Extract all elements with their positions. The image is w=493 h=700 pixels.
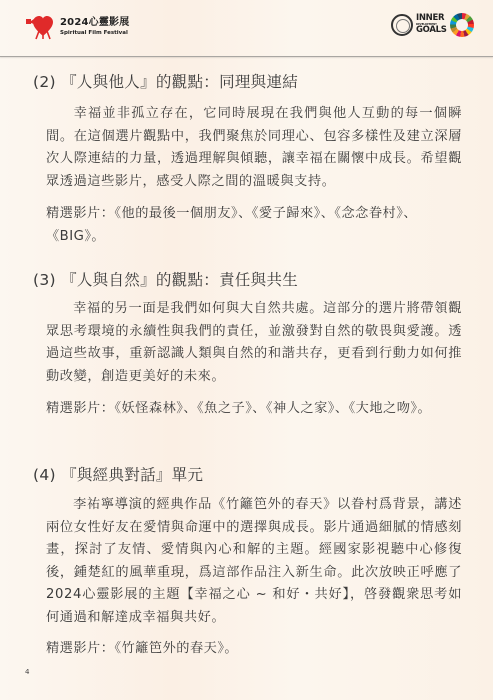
picks-label: 精選影片： xyxy=(46,641,114,656)
heart-camera-logo-icon xyxy=(26,14,56,40)
section-body-text: 幸福的另一面是我們如何與大自然共處。這部分的選片將帶領觀眾思考環境的永續性與我們… xyxy=(46,301,462,384)
section-heading-nature: (3) 『人與自然』的觀點：責任與共生 xyxy=(33,268,298,290)
section-body-text: 李祐寧導演的經典作品《竹籬笆外的春天》以眷村爲背景，講述兩位女性好友在愛情與命運… xyxy=(46,497,462,625)
picks-people: 精選影片：《他的最後一個朋友》、《愛子歸來》、《念念眷村》、《BIG》。 xyxy=(46,203,466,248)
section-body-nature: 幸福的另一面是我們如何與大自然共處。這部分的選片將帶領觀眾思考環境的永續性與我們… xyxy=(46,298,462,388)
inner-development-goals-logo: INNER DEVELOPMENT GOALS xyxy=(391,13,474,37)
section-heading-people: (2) 『人與他人』的觀點：同理與連結 xyxy=(33,70,298,92)
idg-ring-icon xyxy=(391,14,413,36)
idg-line-1: INNER xyxy=(416,15,447,23)
page-number: 4 xyxy=(25,668,29,676)
document-page: 2024心靈影展 Spiritual Film Festival INNER D… xyxy=(0,0,493,700)
picks-label: 精選影片： xyxy=(46,401,114,416)
picks-list: 《竹籬笆外的春天》。 xyxy=(114,641,238,656)
section-body-people: 幸福並非孤立存在，它同時展現在我們與他人互動的每一個瞬間。在這個選片觀點中，我們… xyxy=(46,103,462,193)
idg-line-3: GOALS xyxy=(416,27,447,35)
brand-subtitle: Spiritual Film Festival xyxy=(60,31,129,37)
section-body-text: 幸福並非孤立存在，它同時展現在我們與他人互動的每一個瞬間。在這個選片觀點中，我們… xyxy=(46,106,462,189)
picks-list: 《妖怪森林》、《魚之子》、《神人之家》、《大地之吻》。 xyxy=(114,401,431,416)
festival-brand: 2024心靈影展 Spiritual Film Festival xyxy=(26,14,129,40)
picks-classics: 精選影片：《竹籬笆外的春天》。 xyxy=(46,638,466,661)
picks-nature: 精選影片：《妖怪森林》、《魚之子》、《神人之家》、《大地之吻》。 xyxy=(46,398,466,421)
picks-label: 精選影片： xyxy=(46,206,114,221)
sdg-wheel-icon xyxy=(450,13,474,37)
header-divider xyxy=(0,56,493,57)
section-heading-classics: (4) 『與經典對話』單元 xyxy=(33,463,203,485)
page-header: 2024心靈影展 Spiritual Film Festival INNER D… xyxy=(0,0,493,56)
section-body-classics: 李祐寧導演的經典作品《竹籬笆外的春天》以眷村爲背景，講述兩位女性好友在愛情與命運… xyxy=(46,494,462,629)
brand-title: 2024心靈影展 xyxy=(60,18,129,28)
